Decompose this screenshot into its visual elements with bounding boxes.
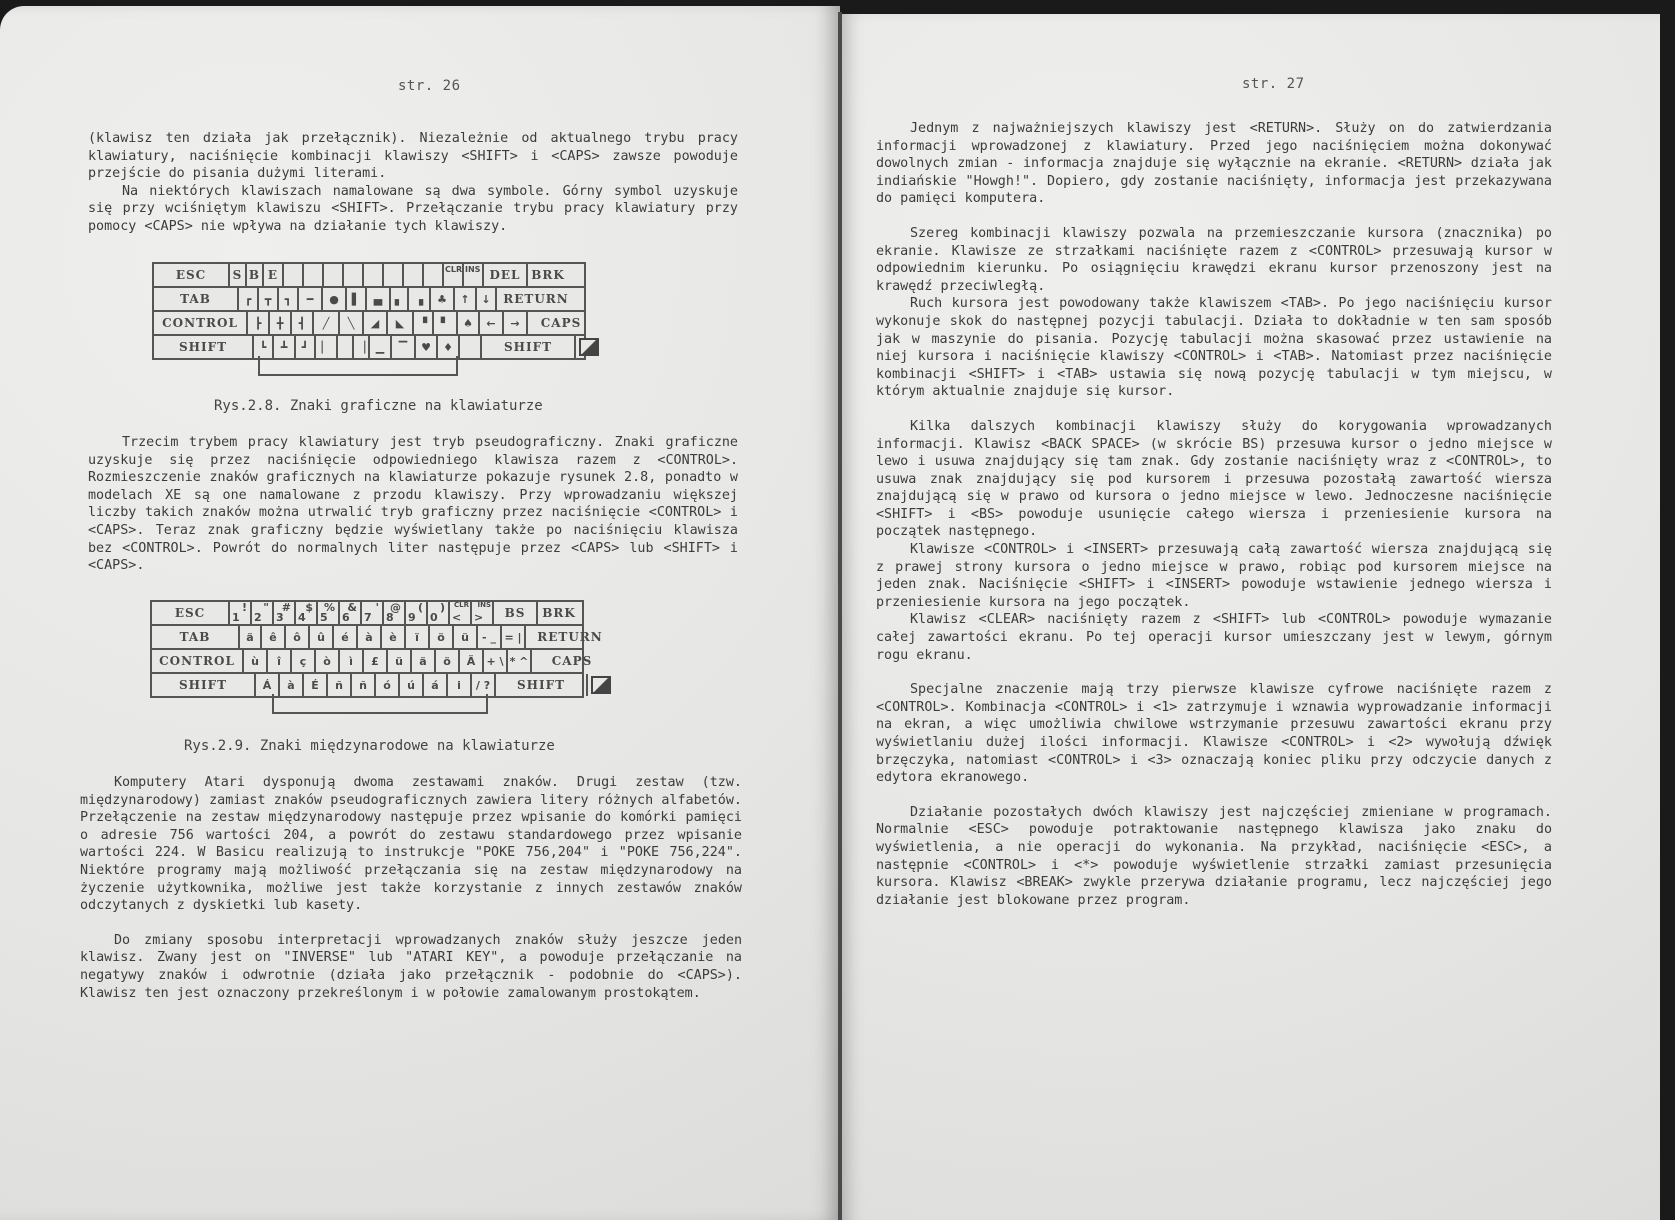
keyboard-row: CONTROLùîçòì£üäöÄ+ \* ^CAPS bbox=[152, 650, 582, 674]
keyboard-key: i bbox=[448, 674, 472, 696]
keyboard-key: ä bbox=[412, 650, 436, 672]
key-upper-label: INS bbox=[477, 602, 491, 609]
keyboard-key: → bbox=[504, 312, 528, 334]
keyboard-key: 0) bbox=[428, 602, 450, 624]
paragraph: Trzecim trybem pracy klawiatury jest try… bbox=[88, 434, 738, 575]
paragraph: Kilka dalszych kombinacji klawiszy służy… bbox=[876, 418, 1552, 541]
paragraph: (klawisz ten działa jak przełącznik). Ni… bbox=[88, 130, 738, 183]
page-number-left: str. 26 bbox=[398, 78, 461, 94]
keyboard-row: TABäêôûéàèïöü- _= |RETURN bbox=[152, 626, 582, 650]
inverse-icon bbox=[579, 338, 599, 356]
keyboard-key bbox=[338, 336, 354, 358]
keyboard-key: ◢ bbox=[364, 312, 388, 334]
keyboard-key: ♦ bbox=[438, 336, 460, 358]
keyboard-row: SHIFT┗┻┛▏▕▁▔♥♦SHIFT bbox=[154, 336, 584, 358]
figure-caption-2-9: Rys.2.9. Znaki międzynarodowe na klawiat… bbox=[184, 738, 555, 754]
space-bar bbox=[272, 694, 488, 714]
keyboard-key: ◣ bbox=[388, 312, 414, 334]
keyboard-key: - _ bbox=[478, 626, 502, 648]
keyboard-key: SHIFT bbox=[496, 674, 588, 696]
left-text-block-1: (klawisz ten działa jak przełącznik). Ni… bbox=[88, 130, 738, 236]
keyboard-key bbox=[304, 264, 324, 286]
keyboard-key bbox=[424, 264, 444, 286]
key-upper-label: % bbox=[324, 602, 335, 614]
key-lower-label: 2 bbox=[254, 611, 262, 624]
keyboard-key: ü bbox=[454, 626, 478, 648]
keyboard-key: î bbox=[268, 650, 292, 672]
keyboard-key: ô bbox=[286, 626, 310, 648]
keyboard-key: CAPS bbox=[528, 312, 594, 334]
inverse-key bbox=[576, 336, 602, 358]
keyboard-key: 6& bbox=[340, 602, 362, 624]
key-lower-label: 0 bbox=[430, 611, 438, 624]
page-number-right: str. 27 bbox=[1242, 76, 1305, 92]
keyboard-key: DEL bbox=[484, 264, 528, 286]
keyboard-key bbox=[404, 264, 424, 286]
keyboard-key: ▖ bbox=[391, 288, 409, 310]
keyboard-key: ▔ bbox=[392, 336, 416, 358]
keyboard-key: ♥ bbox=[416, 336, 438, 358]
keyboard-key: ┏ bbox=[239, 288, 259, 310]
key-upper-label: $ bbox=[305, 602, 313, 614]
right-text-block: Jednym z najważniejszych klawiszy jest <… bbox=[876, 120, 1552, 909]
keyboard-key: BRK bbox=[538, 602, 580, 624]
keyboard-key: <CLR bbox=[450, 602, 472, 624]
keyboard-key: ╋ bbox=[270, 312, 292, 334]
keyboard-key: ♠ bbox=[458, 312, 480, 334]
keyboard-key: / ? bbox=[472, 674, 496, 696]
keyboard-key: ┳ bbox=[259, 288, 279, 310]
keyboard-row: SHIFTÁàÉññóúái/ ?SHIFT bbox=[152, 674, 582, 696]
keyboard-key: Ä bbox=[460, 650, 484, 672]
keyboard-key: ú bbox=[400, 674, 424, 696]
keyboard-key: ▝ bbox=[414, 312, 434, 334]
keyboard-row: ESC1!2"3#4$5%6&7'8@9(0)<CLR>INSBSBRK bbox=[152, 602, 582, 626]
key-upper-label: CLR bbox=[454, 602, 469, 609]
keyboard-key: ━ bbox=[299, 288, 323, 310]
keyboard-key: B bbox=[247, 264, 264, 286]
key-upper-label: @ bbox=[390, 602, 401, 614]
keyboard-key: ñ bbox=[352, 674, 376, 696]
keyboard-key: BRK bbox=[528, 264, 568, 286]
keyboard-key: 9( bbox=[406, 602, 428, 624]
keyboard-key bbox=[344, 264, 364, 286]
keyboard-key: ó bbox=[376, 674, 400, 696]
keyboard-key: ▏ bbox=[316, 336, 338, 358]
keyboard-key: ▁ bbox=[370, 336, 392, 358]
keyboard-key: ì bbox=[340, 650, 364, 672]
keyboard-key: 1! bbox=[230, 602, 252, 624]
keyboard-key: 2" bbox=[252, 602, 274, 624]
paragraph: Specjalne znaczenie mają trzy pierwsze k… bbox=[876, 681, 1552, 787]
keyboard-key: ö bbox=[436, 650, 460, 672]
keyboard-row: TAB┏┳┓━●▌▄▖▗♣↑↓RETURN bbox=[154, 288, 584, 312]
keyboard-key: ┫ bbox=[292, 312, 314, 334]
key-lower-label: 9 bbox=[408, 611, 416, 624]
keyboard-key: û bbox=[310, 626, 334, 648]
inverse-key bbox=[588, 674, 614, 696]
keyboard-key: É bbox=[304, 674, 328, 696]
keyboard-key: ö bbox=[430, 626, 454, 648]
keyboard-key bbox=[284, 264, 304, 286]
keyboard-key: ä bbox=[240, 626, 262, 648]
keyboard-key: E bbox=[264, 264, 284, 286]
paragraph: Ruch kursora jest powodowany także klawi… bbox=[876, 295, 1552, 401]
right-page: str. 27 Jednym z najważniejszych klawisz… bbox=[842, 14, 1660, 1220]
paragraph: Klawisze <CONTROL> i <INSERT> przesuwają… bbox=[876, 541, 1552, 611]
keyboard-key: ü bbox=[388, 650, 412, 672]
keyboard-key: ● bbox=[323, 288, 347, 310]
keyboard-key: ┻ bbox=[274, 336, 296, 358]
inverse-icon bbox=[591, 676, 611, 694]
keyboard-key: ▄ bbox=[367, 288, 391, 310]
keyboard-key: ┛ bbox=[296, 336, 316, 358]
key-lower-label: < bbox=[452, 611, 461, 624]
keyboard-key: Á bbox=[256, 674, 280, 696]
keyboard-diagram-graphics: ESCSBECLRINSDELBRKTAB┏┳┓━●▌▄▖▗♣↑↓RETURNC… bbox=[152, 262, 586, 360]
paragraph: Komputery Atari dysponują dwoma zestawam… bbox=[80, 774, 742, 915]
key-upper-label: " bbox=[263, 602, 269, 614]
keyboard-key: ╲ bbox=[340, 312, 364, 334]
key-upper-label: ( bbox=[418, 602, 423, 614]
keyboard-key: ù bbox=[244, 650, 268, 672]
keyboard-key: ↓ bbox=[477, 288, 497, 310]
keyboard-key: ▗ bbox=[409, 288, 431, 310]
keyboard-key: CLR bbox=[444, 264, 464, 286]
keyboard-key: 8@ bbox=[384, 602, 406, 624]
key-lower-label: 1 bbox=[232, 611, 240, 624]
keyboard-key: ┣ bbox=[248, 312, 270, 334]
keyboard-key: 5% bbox=[318, 602, 340, 624]
space-bar bbox=[258, 356, 458, 376]
keyboard-key: ♣ bbox=[431, 288, 455, 310]
left-text-block-3: Komputery Atari dysponują dwoma zestawam… bbox=[80, 774, 742, 1002]
key-upper-label: & bbox=[347, 602, 357, 614]
keyboard-key: ê bbox=[262, 626, 286, 648]
left-text-block-2: Trzecim trybem pracy klawiatury jest try… bbox=[88, 434, 738, 575]
keyboard-key: + \ bbox=[484, 650, 508, 672]
keyboard-key: á bbox=[424, 674, 448, 696]
paragraph: Jednym z najważniejszych klawiszy jest <… bbox=[876, 120, 1552, 208]
keyboard-key: ESC bbox=[152, 602, 230, 624]
keyboard-key: SHIFT bbox=[152, 674, 256, 696]
keyboard-key: ↑ bbox=[455, 288, 477, 310]
keyboard-key bbox=[460, 336, 482, 358]
keyboard-key bbox=[324, 264, 344, 286]
keyboard-key: ï bbox=[406, 626, 430, 648]
keyboard-key: é bbox=[334, 626, 358, 648]
keyboard-key: >INS bbox=[472, 602, 494, 624]
paragraph: Działanie pozostałych dwóch klawiszy jes… bbox=[876, 804, 1552, 910]
figure-caption-2-8: Rys.2.8. Znaki graficzne na klawiaturze bbox=[214, 398, 543, 414]
key-upper-label: ' bbox=[376, 602, 379, 614]
keyboard-key: ñ bbox=[328, 674, 352, 696]
keyboard-key: BS bbox=[494, 602, 538, 624]
keyboard-key: ┓ bbox=[279, 288, 299, 310]
paragraph: Do zmiany sposobu interpretacji wprowadz… bbox=[80, 932, 742, 1002]
keyboard-key bbox=[364, 264, 384, 286]
keyboard-key bbox=[384, 264, 404, 286]
keyboard-key: è bbox=[382, 626, 406, 648]
keyboard-key: £ bbox=[364, 650, 388, 672]
key-lower-label: > bbox=[474, 611, 483, 624]
key-lower-label: 7 bbox=[364, 611, 372, 624]
keyboard-key: RETURN bbox=[526, 626, 614, 648]
keyboard-key: ▕ bbox=[354, 336, 370, 358]
keyboard-key: ò bbox=[316, 650, 340, 672]
keyboard-key: RETURN bbox=[497, 288, 575, 310]
keyboard-key: SHIFT bbox=[482, 336, 576, 358]
left-page: str. 26 (klawisz ten działa jak przełącz… bbox=[0, 6, 840, 1220]
keyboard-row: ESCSBECLRINSDELBRK bbox=[154, 264, 584, 288]
keyboard-key: S bbox=[230, 264, 247, 286]
keyboard-key: ç bbox=[292, 650, 316, 672]
paragraph: Szereg kombinacji klawiszy pozwala na pr… bbox=[876, 225, 1552, 295]
keyboard-key: ╱ bbox=[314, 312, 340, 334]
keyboard-key: ▌ bbox=[347, 288, 367, 310]
keyboard-key: ▘ bbox=[434, 312, 458, 334]
keyboard-key: TAB bbox=[152, 626, 240, 648]
keyboard-diagram-international: ESC1!2"3#4$5%6&7'8@9(0)<CLR>INSBSBRKTABä… bbox=[150, 600, 584, 698]
keyboard-key: 7' bbox=[362, 602, 384, 624]
keyboard-key: ┗ bbox=[254, 336, 274, 358]
keyboard-key: 3# bbox=[274, 602, 296, 624]
key-upper-label: ) bbox=[440, 602, 445, 614]
keyboard-key: à bbox=[358, 626, 382, 648]
keyboard-key: CONTROL bbox=[152, 650, 244, 672]
key-upper-label: ! bbox=[242, 602, 247, 614]
paragraph: Klawisz <CLEAR> naciśnięty razem z <SHIF… bbox=[876, 611, 1552, 664]
keyboard-key: CAPS bbox=[532, 650, 612, 672]
keyboard-key: à bbox=[280, 674, 304, 696]
paragraph: Na niektórych klawiszach namalowane są d… bbox=[88, 183, 738, 236]
keyboard-key: * ^ bbox=[508, 650, 532, 672]
key-upper-label: # bbox=[282, 602, 291, 614]
keyboard-key: ← bbox=[480, 312, 504, 334]
keyboard-key: ESC bbox=[154, 264, 230, 286]
keyboard-key: SHIFT bbox=[154, 336, 254, 358]
keyboard-row: CONTROL┣╋┫╱╲◢◣▝▘♠←→CAPS bbox=[154, 312, 584, 336]
keyboard-key: = | bbox=[502, 626, 526, 648]
keyboard-key: CONTROL bbox=[154, 312, 248, 334]
keyboard-key: TAB bbox=[154, 288, 239, 310]
keyboard-key: 4$ bbox=[296, 602, 318, 624]
keyboard-key: INS bbox=[464, 264, 484, 286]
